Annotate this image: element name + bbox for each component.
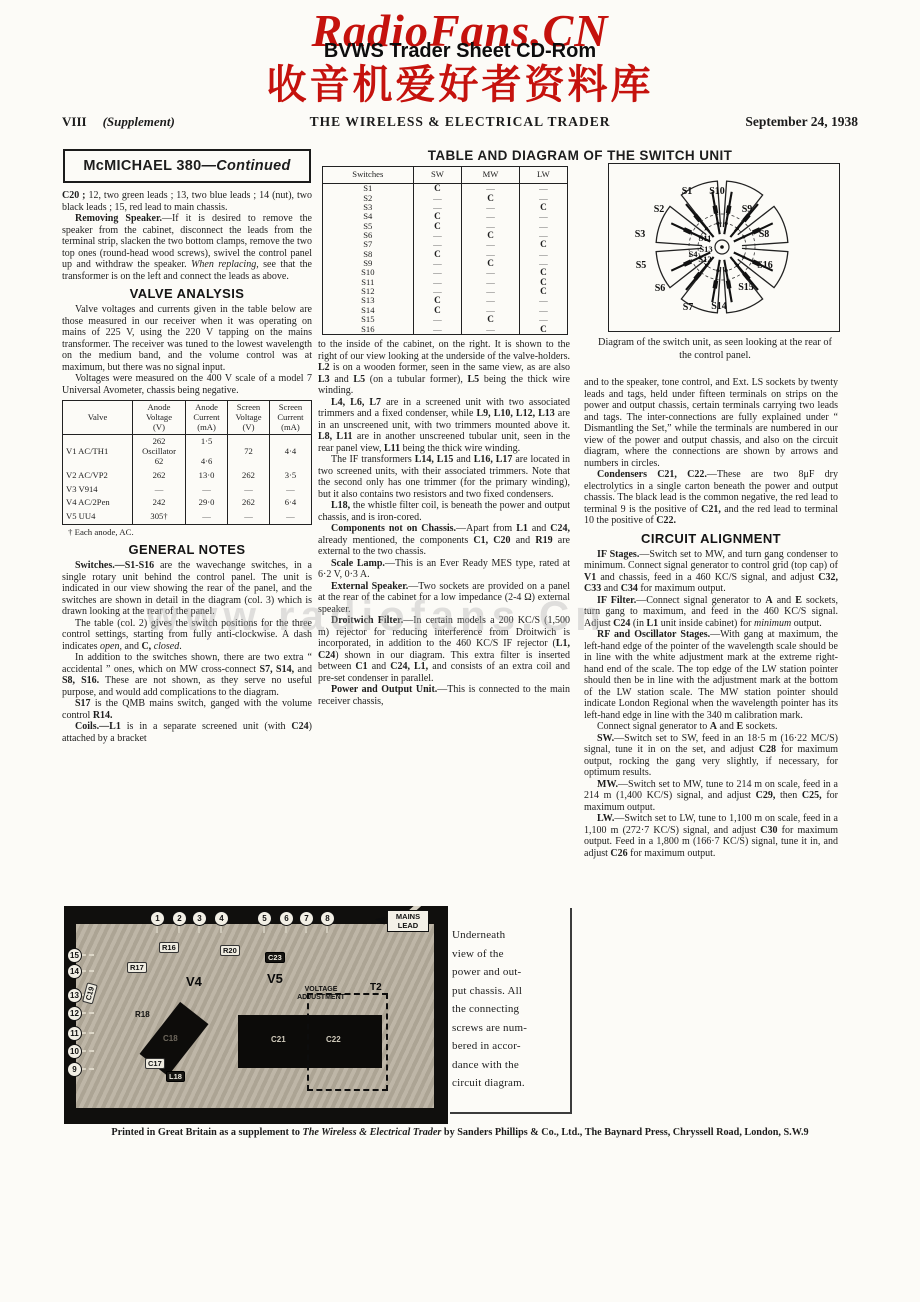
- table-cell: 262Oscillator62: [133, 435, 186, 469]
- chassis-photo: MAINS LEAD R16 R20 C23 R17 V4 V5 VOLTAGE…: [64, 906, 448, 1124]
- table-cell: S16: [323, 325, 414, 335]
- horizontal-rule: [450, 1112, 572, 1114]
- paragraph: Connect signal generator to A and E sock…: [584, 721, 838, 733]
- paragraph: LW.—Switch set to LW, tune to 1,100 m on…: [584, 813, 838, 859]
- terminal-number: 8: [320, 911, 335, 926]
- switch-unit-diagram: S1S10S2S9S3S8S11S13S4S12S5S16S6S15S7S14: [608, 163, 840, 332]
- switch-label: S3: [635, 229, 646, 240]
- terminal-dash: [81, 970, 94, 972]
- table-cell: 242: [133, 496, 186, 510]
- paragraph: Valve voltages and currents given in the…: [62, 304, 312, 373]
- paragraph: In addition to the switches shown, there…: [62, 652, 312, 698]
- switch-pivot: [736, 227, 739, 230]
- table-row: S12——C: [323, 287, 568, 296]
- paragraph: and to the speaker, tone control, and Ex…: [584, 377, 838, 469]
- switch-label: S12: [698, 254, 711, 264]
- table-cell: SW: [413, 167, 462, 184]
- table-cell: AnodeCurrent(mA): [186, 401, 228, 435]
- label-l18: L18: [166, 1071, 185, 1082]
- table-cell: 3·5: [269, 469, 311, 483]
- terminal-number: 3: [192, 911, 207, 926]
- switch-label: S7: [683, 302, 694, 313]
- switch-label: S10: [709, 186, 725, 197]
- terminal-number: 1: [150, 911, 165, 926]
- terminal-number: 14: [67, 964, 82, 979]
- paragraph: MW.—Switch set to MW, tune to 214 m on s…: [584, 779, 838, 814]
- switch-label: S11: [699, 233, 712, 243]
- label-v4: V4: [186, 974, 202, 989]
- label-r20: R20: [220, 945, 240, 956]
- table-row: S11——C: [323, 278, 568, 287]
- circuit-alignment-heading: CIRCUIT ALIGNMENT: [584, 531, 838, 546]
- switch-pivot: [742, 256, 745, 259]
- terminal-dash: [81, 1012, 94, 1014]
- switch-pivot: [705, 227, 708, 230]
- table-cell: V4 AC/2Pen: [63, 496, 133, 510]
- model-title: McMICHAEL 380—Continued: [83, 158, 290, 174]
- paragraph: The IF transformers L14, L15 and L16, L1…: [318, 454, 570, 500]
- switch-contact: [683, 227, 692, 234]
- terminal-number: 10: [67, 1044, 82, 1059]
- table-cell: 6·4: [269, 496, 311, 510]
- table-row: S10——C: [323, 268, 568, 277]
- table-cell: Valve: [63, 401, 133, 435]
- column-middle: to the inside of the cabinet, on the rig…: [318, 339, 570, 906]
- table-cell: —: [228, 483, 270, 497]
- paragraph: Power and Output Unit.—This is connected…: [318, 684, 570, 707]
- terminal-number: 15: [67, 948, 82, 963]
- switch-contact: [726, 280, 732, 289]
- switch-contact: [683, 259, 692, 266]
- imprint-footer: Printed in Great Britain as a supplement…: [0, 1127, 920, 1138]
- switch-label: S13: [699, 244, 712, 254]
- paragraph: C20 ; 12, two green leads ; 13, two blue…: [62, 190, 312, 213]
- table-row: S1C——: [323, 184, 568, 194]
- table-cell: C: [519, 325, 567, 335]
- switch-position-table: SwitchesSWMWLWS1C——S2—C—S3——CS4C——S5C——S…: [322, 166, 568, 335]
- table-row: S5C——: [323, 222, 568, 231]
- page-header: VIII (Supplement) THE WIRELESS & ELECTRI…: [62, 114, 858, 130]
- paragraph: IF Stages.—Switch set to MW, and turn ga…: [584, 549, 838, 595]
- table-cell: V1 AC/TH1: [63, 435, 133, 469]
- table-cell: 4·4: [269, 435, 311, 469]
- label-r17: R17: [127, 962, 147, 973]
- paragraph: Droitwich Filter.—In certain models a 20…: [318, 615, 570, 684]
- switch-label: S6: [655, 283, 666, 294]
- table-cell: 1·54·6: [186, 435, 228, 469]
- table-header-row: SwitchesSWMWLW: [323, 167, 568, 184]
- label-c22: C22: [326, 1035, 341, 1044]
- table-cell: 72: [228, 435, 270, 469]
- table-row: S4C——: [323, 212, 568, 221]
- paragraph: L18, the whistle filter coil, is beneath…: [318, 500, 570, 523]
- switch-pivot: [716, 269, 719, 272]
- switch-diagram-svg: S1S10S2S9S3S8S11S13S4S12S5S16S6S15S7S14: [609, 164, 836, 328]
- switch-table-wrap: SwitchesSWMWLWS1C——S2—C—S3——CS4C——S5C——S…: [322, 166, 568, 335]
- terminal-dash: [81, 1050, 94, 1052]
- paragraph: S17 is the QMB mains switch, ganged with…: [62, 698, 312, 721]
- table-cell: V3 V914: [63, 483, 133, 497]
- label-c21: C21: [271, 1035, 286, 1044]
- switch-label: S9: [742, 204, 753, 215]
- table-row: S13C——: [323, 296, 568, 305]
- table-row: S14C——: [323, 306, 568, 315]
- paragraph: Voltages were measured on the 400 V scal…: [62, 373, 312, 396]
- paragraph: RF and Oscillator Stages.—With gang at m…: [584, 629, 838, 721]
- switch-label: S15: [738, 282, 754, 293]
- label-v5: V5: [267, 971, 283, 986]
- switch-pivot: [725, 222, 728, 225]
- table-cell: AnodeVoltage(V): [133, 401, 186, 435]
- paragraph: Removing Speaker.—If it is desired to re…: [62, 213, 312, 282]
- terminal-number: 2: [172, 911, 187, 926]
- terminal-number: 13: [67, 988, 82, 1003]
- table-cell: V2 AC/VP2: [63, 469, 133, 483]
- valve-analysis-heading: VALVE ANALYSIS: [62, 286, 312, 301]
- table-cell: MW: [462, 167, 519, 184]
- label-c23: C23: [265, 952, 285, 963]
- terminal-number: 11: [67, 1026, 82, 1041]
- issue-date: September 24, 1938: [745, 114, 858, 130]
- switch-contact: [713, 205, 719, 214]
- switch-label: S16: [757, 260, 773, 271]
- photo-caption: Underneath view of the power and out- pu…: [452, 926, 566, 1093]
- table-cell: 13·0: [186, 469, 228, 483]
- terminal-dash: [81, 1032, 94, 1034]
- mains-arrow-icon: [374, 915, 385, 924]
- switch-pivot: [742, 235, 745, 238]
- terminal-number: 4: [214, 911, 229, 926]
- paragraph: Condensers C21, C22.—These are two 8μF d…: [584, 469, 838, 527]
- switch-pivot: [736, 264, 739, 267]
- general-notes-heading: GENERAL NOTES: [62, 542, 312, 557]
- table-row: V3 V914————: [63, 483, 312, 497]
- center-dot: [720, 245, 724, 249]
- table-row: V1 AC/TH1262Oscillator621·54·6724·4: [63, 435, 312, 469]
- table-cell: —: [186, 483, 228, 497]
- switch-label: S5: [636, 260, 647, 271]
- valve-analysis-table: ValveAnodeVoltage(V)AnodeCurrent(mA)Scre…: [62, 400, 312, 525]
- table-row: S7——C: [323, 240, 568, 249]
- table-cell: —: [228, 510, 270, 524]
- column-left: McMICHAEL 380—Continued C20 ; 12, two gr…: [62, 147, 312, 909]
- table-cell: V5 UU4: [63, 510, 133, 524]
- table-row: V5 UU4305†———: [63, 510, 312, 524]
- table-cell: ScreenCurrent(mA): [269, 401, 311, 435]
- table-cell: —: [186, 510, 228, 524]
- switch-contact: [713, 280, 719, 289]
- table-row: S2—C—: [323, 194, 568, 203]
- table-cell: LW: [519, 167, 567, 184]
- table-row: S8C——: [323, 250, 568, 259]
- paragraph: Scale Lamp.—This is an Ever Ready MES ty…: [318, 558, 570, 581]
- paragraph: SW.—Switch set to SW, feed in an 18·5 m …: [584, 733, 838, 779]
- table-cell: Switches: [323, 167, 414, 184]
- switch-label: S2: [654, 204, 665, 215]
- table-cell: —: [133, 483, 186, 497]
- trader-sheet-page: { "watermark": { "site": "RadioFans.CN",…: [0, 0, 920, 1302]
- table-cell: ScreenVoltage(V): [228, 401, 270, 435]
- paragraph: Coils.—L1 is in a separate screened unit…: [62, 721, 312, 744]
- supplement-label: (Supplement): [103, 114, 175, 130]
- label-r18: R18: [135, 1011, 150, 1019]
- paragraph: to the inside of the cabinet, on the rig…: [318, 339, 570, 397]
- table-row: S3——C: [323, 203, 568, 212]
- table-row: V2 AC/VP226213·02623·5: [63, 469, 312, 483]
- switch-pivot: [725, 269, 728, 272]
- paragraph: External Speaker.—Two sockets are provid…: [318, 581, 570, 616]
- paragraph: The table (col. 2) gives the switch posi…: [62, 618, 312, 653]
- terminal-number: 6: [279, 911, 294, 926]
- table-row: V4 AC/2Pen24229·02626·4: [63, 496, 312, 510]
- label-c18: C18: [163, 1034, 178, 1043]
- switch-contact: [726, 205, 732, 214]
- terminal-dash: [81, 1068, 94, 1070]
- switch-label: S4: [689, 249, 699, 259]
- publication-title: THE WIRELESS & ELECTRICAL TRADER: [175, 114, 746, 130]
- table-footnote: † Each anode, AC.: [68, 527, 312, 539]
- t2-dashed-outline: [307, 993, 388, 1091]
- table-cell: 29·0: [186, 496, 228, 510]
- paragraph: L4, L6, L7 are in a screened unit with t…: [318, 397, 570, 455]
- terminal-number: 7: [299, 911, 314, 926]
- paragraph: Components not on Chassis.—Apart from L1…: [318, 523, 570, 558]
- terminal-number: 9: [67, 1062, 82, 1077]
- mains-lead-label: MAINS LEAD: [387, 910, 429, 932]
- terminal-dash: [81, 954, 94, 956]
- switch-label: S8: [759, 229, 770, 240]
- label-voltage-adjustment: VOLTAGE ADJUSTMENT: [288, 986, 354, 1002]
- label-c17: C17: [145, 1058, 165, 1069]
- model-header-box: McMICHAEL 380—Continued: [63, 149, 311, 183]
- page-number: VIII: [62, 114, 87, 130]
- vertical-rule: [570, 908, 572, 1112]
- table-cell: 262: [228, 496, 270, 510]
- table-cell: 262: [228, 469, 270, 483]
- column-right: and to the speaker, tone control, and Ex…: [584, 377, 838, 1114]
- label-r16: R16: [159, 942, 179, 953]
- paragraph: Switches.—S1-S16 are the wavechange swit…: [62, 560, 312, 618]
- table-row: S9—C—: [323, 259, 568, 268]
- table-header-row: ValveAnodeVoltage(V)AnodeCurrent(mA)Scre…: [63, 401, 312, 435]
- table-cell: —: [269, 510, 311, 524]
- switch-label: S1: [682, 186, 693, 197]
- watermark-cdrom: BVWS Trader Sheet CD-Rom: [0, 40, 920, 63]
- table-row: S16——C: [323, 325, 568, 335]
- paragraph: IF Filter.—Connect signal generator to A…: [584, 595, 838, 630]
- table-row: S15—C—: [323, 315, 568, 324]
- switch-pivot: [716, 222, 719, 225]
- table-cell: —: [269, 483, 311, 497]
- table-cell: 262: [133, 469, 186, 483]
- terminal-number: 12: [67, 1006, 82, 1021]
- table-cell: —: [462, 325, 519, 335]
- switch-unit-heading: TABLE AND DIAGRAM OF THE SWITCH UNIT: [330, 148, 830, 163]
- table-row: S6—C—: [323, 231, 568, 240]
- switch-pivot: [705, 264, 708, 267]
- diagram-caption: Diagram of the switch unit, as seen look…: [592, 336, 838, 362]
- terminal-number: 5: [257, 911, 272, 926]
- label-t2: T2: [370, 982, 382, 993]
- switch-label: S14: [711, 301, 727, 312]
- table-cell: —: [413, 325, 462, 335]
- table-cell: 305†: [133, 510, 186, 524]
